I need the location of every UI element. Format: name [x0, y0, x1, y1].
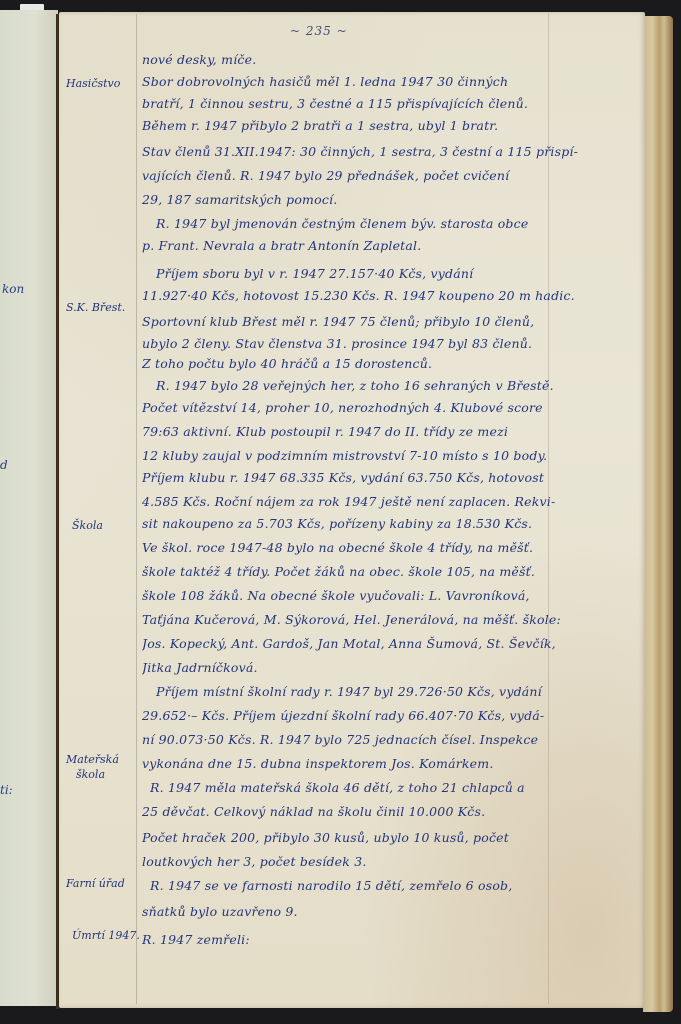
text-line: Sbor dobrovolných hasičů měl 1. ledna 19…	[142, 74, 642, 89]
text-line: R. 1947 byl jmenován čestným členem býv.…	[156, 216, 656, 231]
text-line: loutkových her 3, počet besídek 3.	[142, 854, 642, 869]
text-line: 79:63 aktivní. Klub postoupil r. 1947 do…	[142, 424, 642, 439]
margin-label-umrti: Úmrtí 1947.	[72, 928, 142, 943]
text-line: nové desky, míče.	[142, 52, 642, 67]
page-edge-stack	[643, 16, 673, 1012]
left-page-fragment: kon	[2, 282, 24, 296]
margin-label-farni-urad: Farní úřad	[66, 876, 136, 891]
text-line: Během r. 1947 přibylo 2 bratři a 1 sestr…	[142, 118, 642, 133]
left-page-fragment: ti:	[0, 783, 13, 797]
text-line: 29, 187 samaritských pomocí.	[142, 192, 642, 207]
text-line: 4.585 Kčs. Roční nájem za rok 1947 ještě…	[142, 494, 642, 509]
text-line: ubylo 2 členy. Stav členstva 31. prosinc…	[142, 336, 642, 351]
text-line: R. 1947 zemřeli:	[142, 932, 642, 947]
text-line: škole 108 žáků. Na obecné škole vyučoval…	[142, 588, 642, 603]
text-line: 29.652·– Kčs. Příjem újezdní školní rady…	[142, 708, 642, 723]
text-line: Počet hraček 200, přibylo 30 kusů, ubylo…	[142, 830, 642, 845]
text-line: Z toho počtu bylo 40 hráčů a 15 dorosten…	[142, 356, 642, 371]
text-line: R. 1947 měla mateřská škola 46 dětí, z t…	[150, 780, 650, 795]
left-page-fragment: d	[0, 458, 8, 472]
page-number: ~ 235 ~	[290, 24, 348, 38]
text-line: Počet vítězství 14, proher 10, nerozhodn…	[142, 400, 642, 415]
text-line: Taťjána Kučerová, M. Sýkorová, Hel. Jene…	[142, 612, 642, 627]
text-line: 25 děvčat. Celkový náklad na školu činil…	[142, 804, 642, 819]
text-line: vajících členů. R. 1947 bylo 29 přednáše…	[142, 168, 642, 183]
text-line: Jitka Jadrníčková.	[142, 660, 642, 675]
text-line: Ve škol. roce 1947-48 bylo na obecné ško…	[142, 540, 642, 555]
margin-label-materska-skola: Mateřská škola	[66, 752, 136, 782]
text-line: 11.927·40 Kčs, hotovost 15.230 Kčs. R. 1…	[142, 288, 642, 303]
text-line: Příjem místní školní rady r. 1947 byl 29…	[156, 684, 656, 699]
text-line: Jos. Kopecký, Ant. Gardoš, Jan Motal, An…	[142, 636, 642, 651]
text-line: p. Frant. Nevrala a bratr Antonín Zaplet…	[142, 238, 642, 253]
text-line: Sportovní klub Břest měl r. 1947 75 člen…	[142, 314, 642, 329]
text-line: R. 1947 bylo 28 veřejných her, z toho 16…	[156, 378, 656, 393]
margin-rule	[136, 14, 137, 1004]
text-line: bratří, 1 činnou sestru, 3 čestné a 115 …	[142, 96, 642, 111]
text-line: vykonána dne 15. dubna inspektorem Jos. …	[142, 756, 642, 771]
left-page-edge: kon d ti:	[0, 10, 58, 1006]
margin-label-hasicstvo: Hasičstvo	[66, 76, 136, 91]
text-line: Stav členů 31.XII.1947: 30 činných, 1 se…	[142, 144, 642, 159]
margin-label-sk-brest: S.K. Břest.	[66, 300, 136, 315]
text-line: sit nakoupeno za 5.703 Kčs, pořízeny kab…	[142, 516, 642, 531]
text-line: škole taktéž 4 třídy. Počet žáků na obec…	[142, 564, 642, 579]
margin-label-skola: Škola	[72, 518, 142, 533]
text-line: sňatků bylo uzavřeno 9.	[142, 904, 642, 919]
text-line: ní 90.073·50 Kčs. R. 1947 bylo 725 jedna…	[142, 732, 642, 747]
text-line: R. 1947 se ve farnosti narodilo 15 dětí,…	[150, 878, 650, 893]
text-line: 12 kluby zaujal v podzimním mistrovství …	[142, 448, 642, 463]
margin-label-line: škola	[66, 767, 136, 782]
margin-label-line: Mateřská	[66, 752, 136, 767]
text-line: Příjem klubu r. 1947 68.335 Kčs, vydání …	[142, 470, 642, 485]
text-line: Příjem sboru byl v r. 1947 27.157·40 Kčs…	[156, 266, 656, 281]
